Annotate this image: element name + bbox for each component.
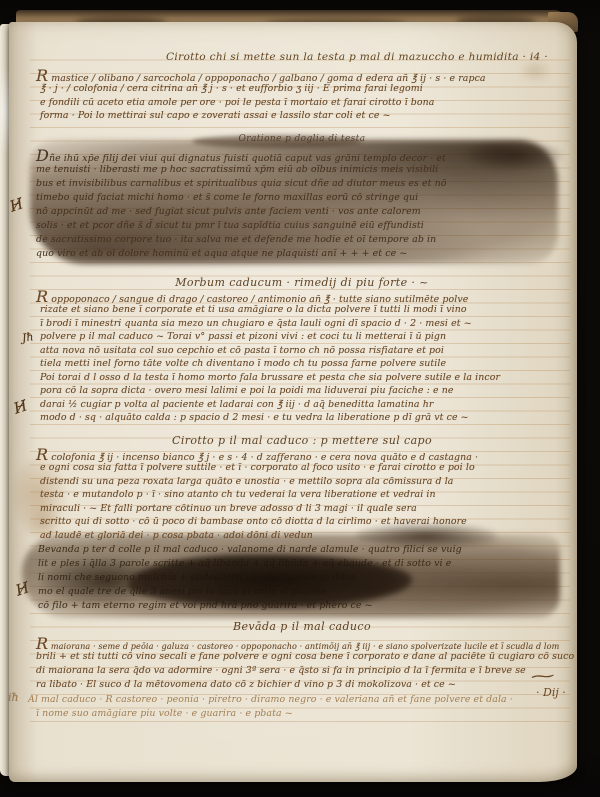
recipe-line: Poi torai d l osso d la testa ī homo mor… (40, 371, 500, 385)
recipe-line: darai ½ cugiar p volta al paciente et la… (40, 398, 433, 412)
recipe-line: pora cō la sopra dicta · overo mesi lali… (40, 384, 454, 398)
recipe-line: modo d · sq · alquāto calda : p spacio d… (40, 411, 469, 425)
cirotto-heading: Cirotto p il mal caduco : p mettere sul … (44, 434, 560, 447)
prayer-line: quo viro et ab oī dolore hominū et aqua … (36, 247, 407, 261)
censored-line: Bevanda p ter d colle p il mal caduco · … (38, 543, 462, 557)
recipe-line: miraculi · ~ Et falli portare cōtinuo un… (40, 502, 417, 516)
censored-line: li nomi che seguono mulchia + ebdealleri… (38, 571, 356, 585)
recipe-line: scritto qui di sotto · cō ū poco di bamb… (40, 515, 467, 529)
censored-line: mo el quale tre de q̄lle 3 anesi poi la … (38, 585, 327, 599)
recipe-line: atta nova nō usitata col suo cepchio et … (40, 344, 444, 358)
prayer-line: timebo quid faciat michi homo · et s̄ co… (36, 191, 418, 205)
prayer-line: bus et invisibilibus carnalibus et spiri… (36, 177, 446, 191)
prayer-line: me tenuisti · liberasti me p hoc sacrati… (36, 163, 438, 177)
quire-signature: · Dij · (536, 687, 566, 699)
recipe-line: ra libato · El suco d la mētovomena dato… (36, 678, 456, 692)
censored-line: cō filo + tam eterno regim et voi pnd hr… (38, 599, 373, 613)
recipe-line: forma · Poi lo mettirai sul capo e zover… (40, 109, 391, 123)
addendum-line: ī nome suo amāgiare piu volte · e guarir… (36, 707, 293, 721)
bevada-heading: Bevāda p il mal caduco (44, 620, 560, 633)
recipe-line: brili + et sti tutti cō vino secali e fa… (36, 650, 574, 664)
recipe-line: distendi su una peza roxata larga quāto … (40, 475, 453, 489)
prayer-line: nō appcinūt ad me · sed fugiat sicut pul… (36, 205, 421, 219)
recipe-line: tiela metti inel forno tāte volte ch div… (40, 357, 446, 371)
recipe-line: ī brodi ī minestri quanta sia mezo un ch… (40, 317, 472, 331)
margin-mark: Jħ (21, 329, 34, 345)
page-title: Cirotto chi si mette sun la testa p mal … (166, 50, 548, 64)
recipe-line: di maiorana la sera q̄do va adormire · o… (36, 664, 526, 678)
recipe-line: ad laudē et gloriā dei · p cosa pbata · … (40, 529, 313, 543)
recipe-line: polvere p il mal caduco ~ Torai v° passi… (40, 330, 446, 344)
prayer-line: de sacratissimo corpore tuo · ita salva … (36, 233, 436, 247)
addendum-line: Al mal caduco · R castoreo · peonia · pi… (28, 693, 513, 707)
recipe-line: e ogni cosa sia fatta ī polvere suttile … (40, 461, 475, 475)
manuscript-photo: Cirotto chi si mette sun la testa p mal … (0, 0, 600, 797)
censored-line: lit e ples ī q̄lla 3 parole scritte + aq… (38, 557, 451, 571)
catchword-flourish: ~ (526, 669, 559, 684)
oratione-heading: Oratione p doglia di testa (44, 133, 560, 146)
margin-mark: iħ (8, 690, 19, 705)
recipe-line: rizate et siano bene ī corporate et ti u… (40, 303, 467, 317)
recipe-line: e fondili cū aceto etia amole per ore · … (40, 96, 434, 110)
morbum-heading: Morbum caducum · rimedij di piu forte · … (44, 276, 560, 289)
recipe-line: testa · e mutandolo p · ī · sino atanto … (40, 488, 436, 502)
recipe-line: ℥ · j · / colofonia / cera citrina an̄ ℥… (40, 82, 423, 96)
prayer-line: solis · et et pcor dñe s̄ d̄ sicut tu pm… (36, 219, 424, 233)
